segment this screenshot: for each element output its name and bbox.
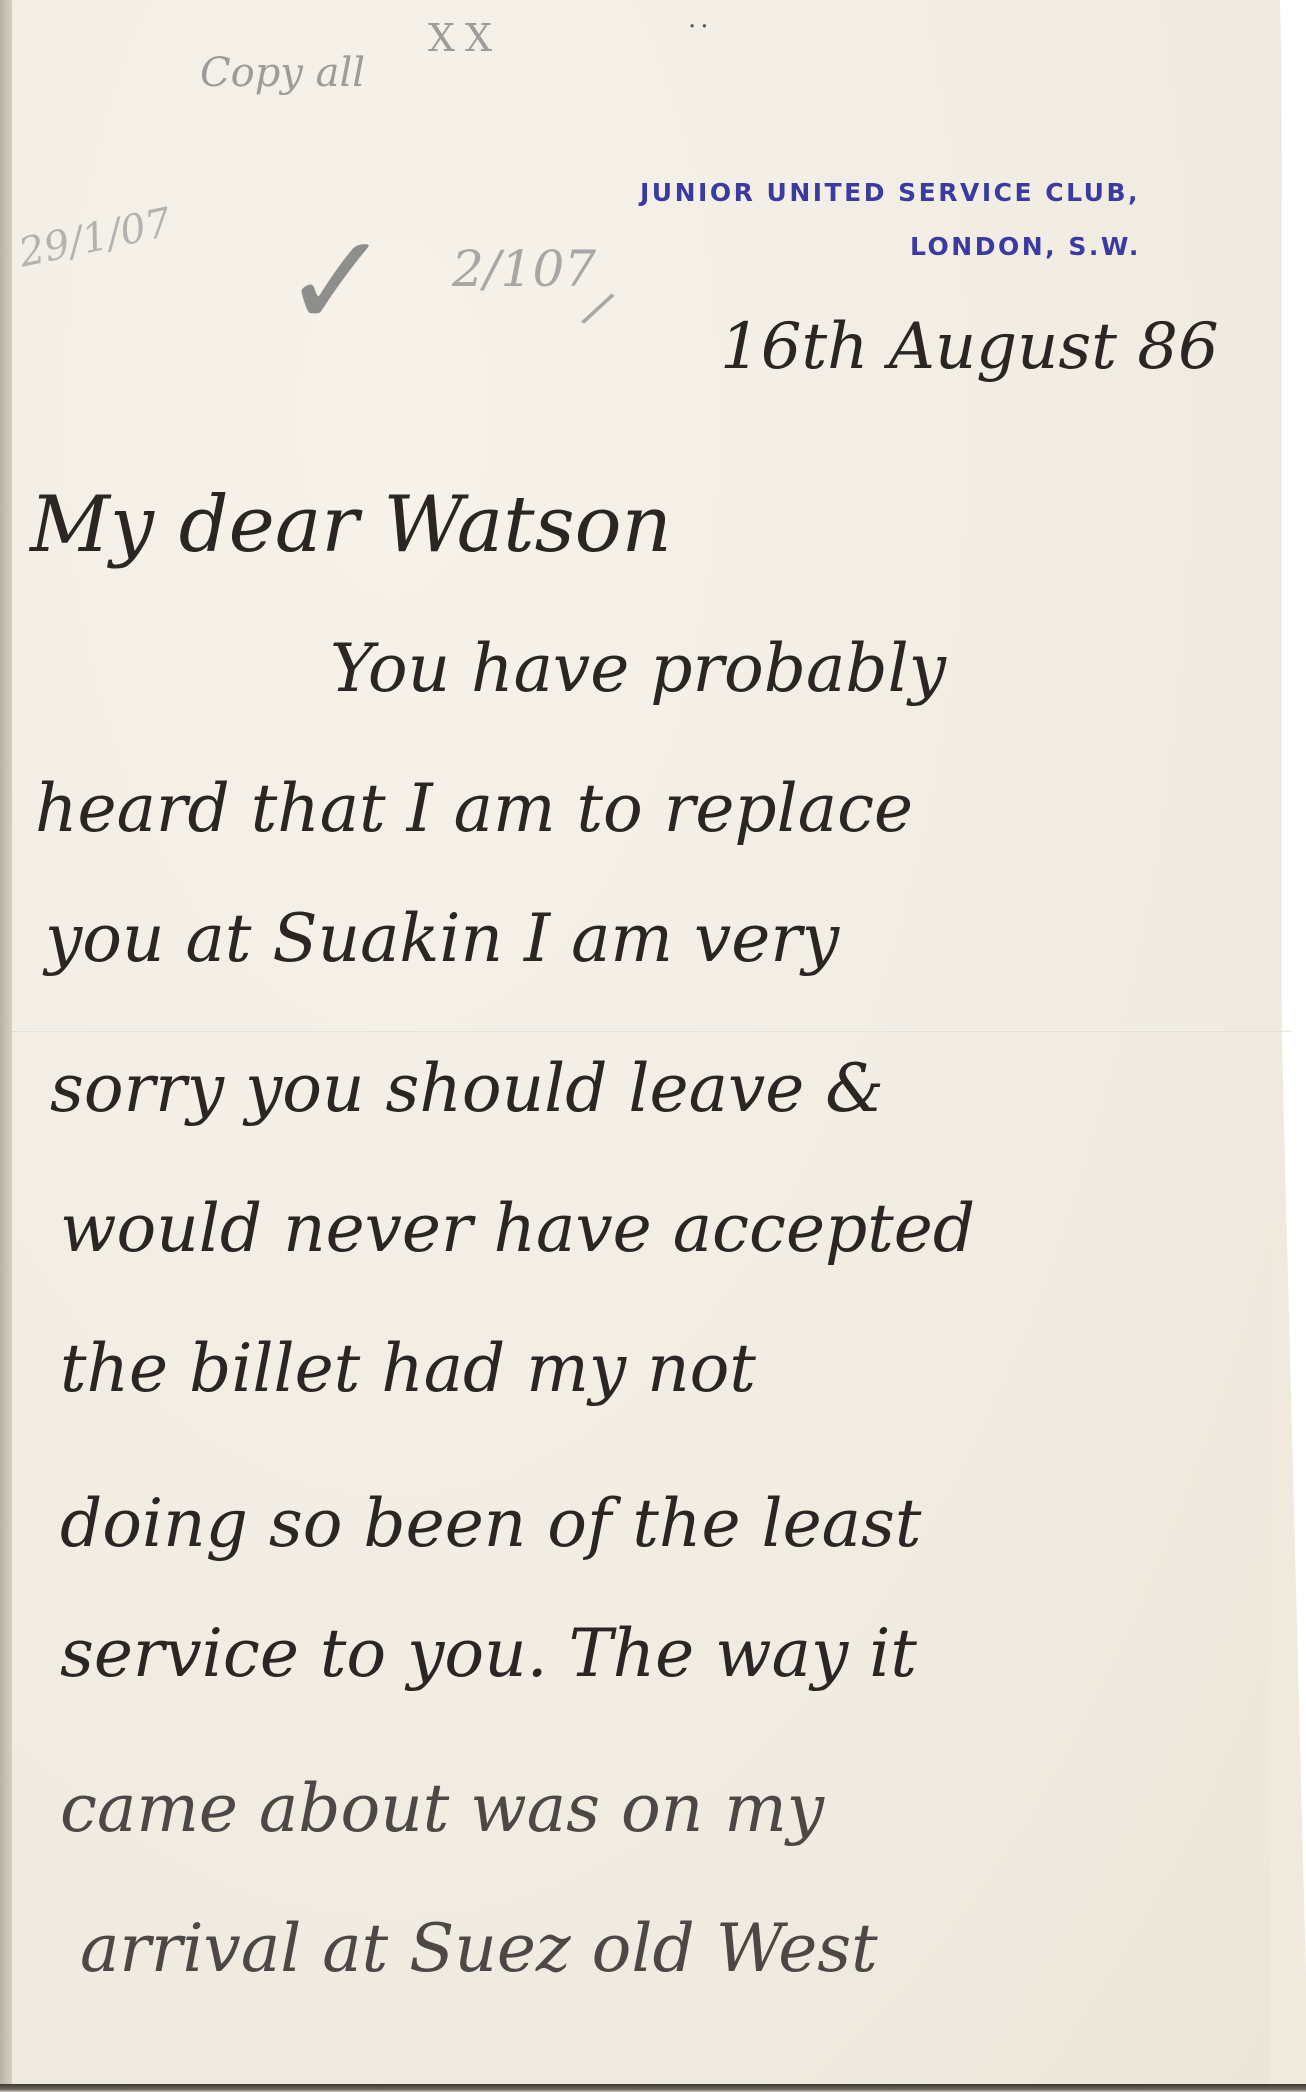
pencil-note-ref: 2/107 [452,240,596,298]
letter-line: would never have accepted [60,1190,975,1267]
scan-left-edge [0,0,13,2086]
letter-line: the billet had my not [60,1330,756,1407]
letter-line: sorry you should leave & [50,1050,884,1127]
pencil-note-copy-all: Copy all [200,50,365,96]
ink-marks: .. [688,4,713,34]
letter-line: You have probably [330,630,946,707]
letter-date: 16th August 86 [720,310,1219,384]
letter-salutation: My dear Watson [30,480,672,570]
scanned-letter-page: .. Copy all XX 29/1/07 ✓ 2/107 / JUNIOR … [0,0,1306,2092]
letter-line: service to you. The way it [60,1615,917,1692]
letterhead-club-name: JUNIOR UNITED SERVICE CLUB, [640,178,1140,207]
pencil-check-icon: ✓ [282,205,391,357]
letter-line: arrival at Suez old West [80,1910,878,1987]
letterhead-address: LONDON, S.W. [910,232,1141,261]
pencil-cross-marks: XX [428,16,502,60]
paper-right-edge [1270,1000,1306,2084]
letter-line: heard that I am to replace [35,770,913,847]
letter-line: doing so been of the least [60,1485,921,1562]
letter-line: came about was on my [60,1770,824,1847]
fold-line [12,1030,1292,1032]
scan-bottom-edge [0,2084,1306,2092]
letter-line: you at Suakin I am very [45,900,839,977]
